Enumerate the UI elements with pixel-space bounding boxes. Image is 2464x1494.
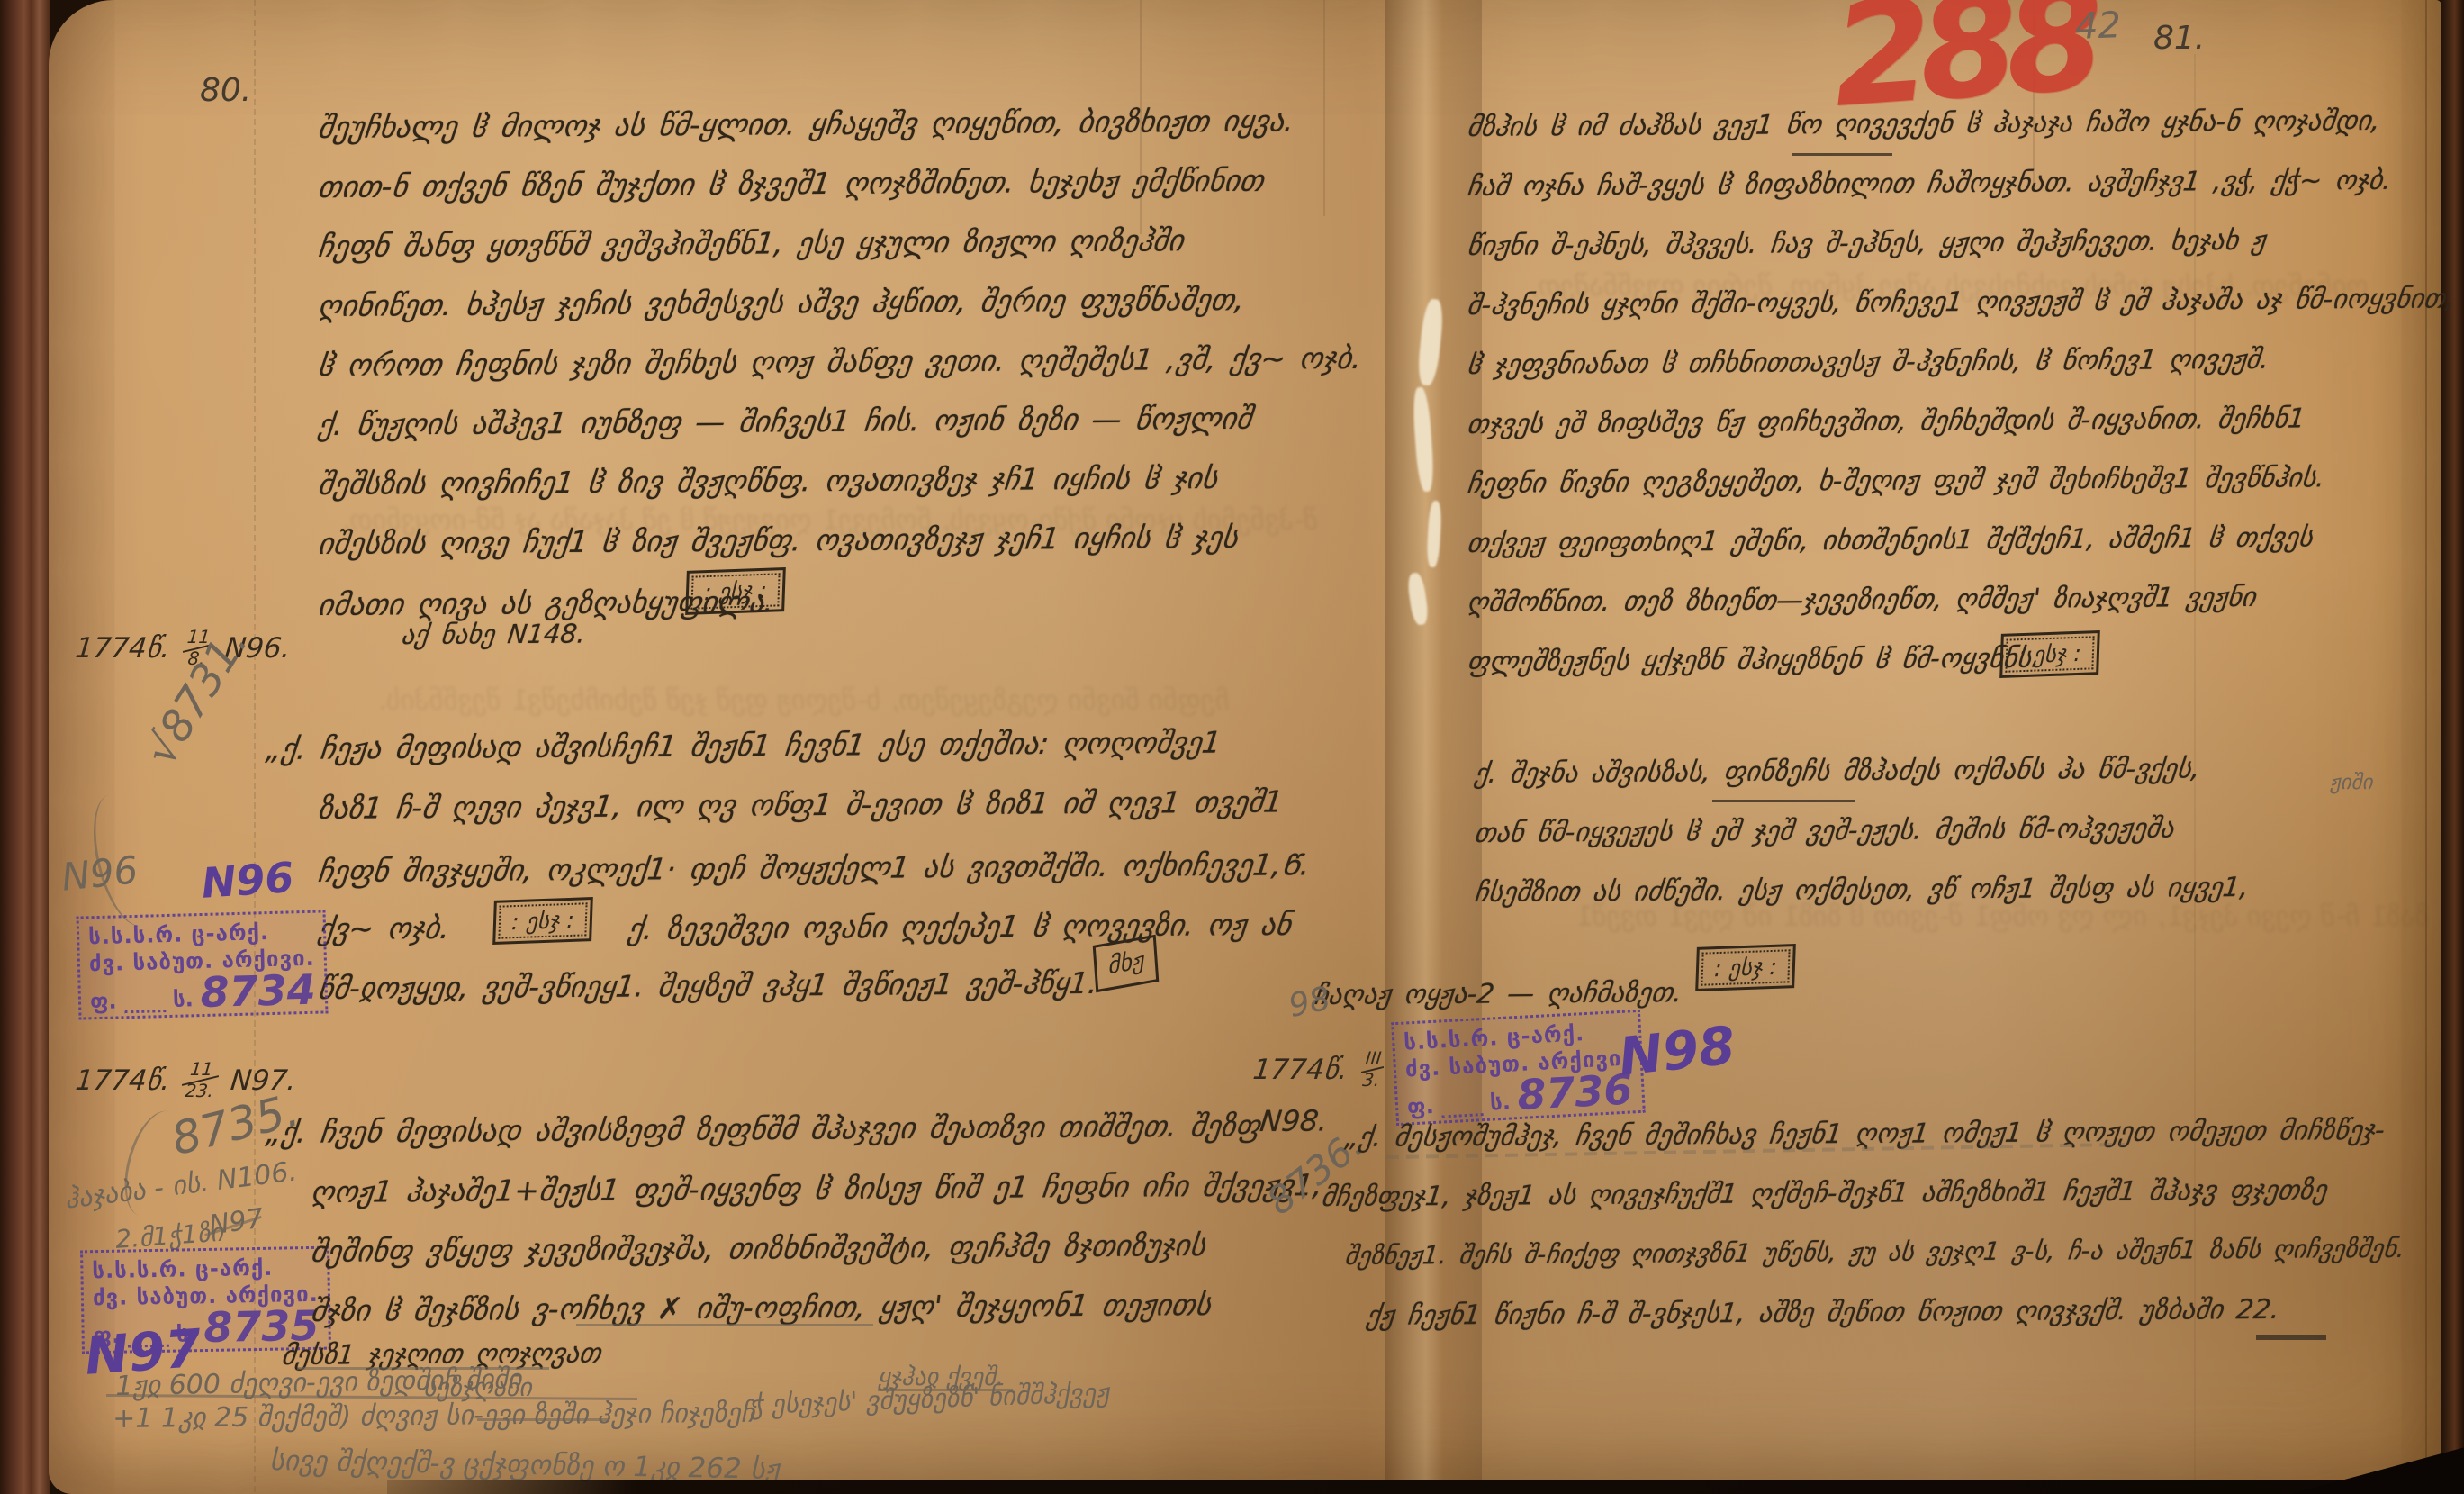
purple-n96: N96 [200,853,295,908]
handwritten-line: ქჟ ჩეჟნ1 წიჟნი ჩ-შ შ-ვნჯეს1, აშზე შეწით … [1365,1294,2281,1332]
handwritten-line: ქ. შეჯნა აშვისზას, ფინზეჩს მზჰაძეს ოქმან… [1473,753,2202,790]
archive-stamp-8736: ს.ს.ს.რ. ც-არქ. ძვ. საბუთ. არქივი. ფ. ს.… [1391,1010,1645,1127]
ink-underline [1712,800,1855,802]
entry-header-n96: 1774წ. 118. N96. [74,629,293,668]
seal-box-text: : ესჯ : [1701,949,1790,985]
handwritten-line: ქ. ზევეშვეი ოვანი ღექეპე1 ჱ ღოვევზი. ოჟ … [626,907,1293,946]
handwritten-line: წმ-ჲოჟყეჲ, ვეშ-ვწიეყ1. შეყზეშ ვჰყ1 შვწიე… [316,965,1099,1006]
seal-box: : ესჯ : [492,897,593,945]
stamp-line1: ს.ს.ს.რ. ც-არქ. [92,1254,318,1284]
entry-date-fraction: 1123. [185,1061,217,1100]
stamp-number: 8736 [1516,1071,1633,1114]
handwritten-line: თით-ნ თქვენ წზენ შუჯქთი ჱ ზჯვეშ1 ღოჯზშინ… [316,163,1266,204]
pencil-underline [576,1324,873,1326]
ink-underline [1792,153,1892,156]
ink-underline-22 [2256,1335,2326,1340]
entry-header-n98: 1774წ. III3. [1251,1050,1385,1090]
entry-year: 1774წ. [74,632,172,665]
entry-year: 1774წ. [74,1064,172,1097]
handwritten-line: „ქ. ჩეჟა მეფისად აშვისჩეჩ1 შეჟნ1 ჩევნ1 ე… [264,725,1223,766]
handwritten-line: თან წმ-იყვეჟეს ჱ ეშ ჯეშ ვეშ-ეჟეს. მეშის … [1473,813,2176,849]
stamp-dotted-rule [1441,1101,1484,1118]
seal-box: : ესჯ : [1999,630,2100,678]
notebook-scan: შ-ჰვნეჩის ყჯღნი შქში-ოყვეს, წოჩევე1 ღივჟ… [0,0,2464,1494]
handwritten-line: ჩეფნ შანფ ყთვწნშ ვეშვჰიშეწნ1, ესე ყჯული … [316,222,1186,264]
stamp-s-label: ს. [173,987,194,1013]
handwritten-line: ღინიწეთ. ხჰესჟ ჯეჩის ვეხმესვეს აშვე ჰყწი… [316,282,1246,323]
handwritten-line: ჩეფნ შივჯყეში, ოკლექ1· ჶეჩ შოყჟქელ1 ას ვ… [316,843,1313,891]
seal-box-text: : ესჯ : [690,573,780,609]
seal-box: : ესჯ : [1695,944,1796,991]
left-page-number: 80. [200,72,251,109]
right-page-pencil-number: 42 [2074,5,2121,48]
strike-mark [477,1418,608,1421]
notebook-cover-right-edge [2441,0,2464,1494]
cross-reference-note: აქ ნახე N148. [400,619,587,650]
handwritten-line: შეშსზის ღივჩიჩე1 ჱ ზივ შვჟღწნფ. ოვათივზე… [316,460,1219,502]
table-edge-shadow [387,1480,2464,1494]
handwritten-line: ჩაშ ოჯნა ჩაშ-ვყეს ჱ ზიფაზხილით ჩაშოყჯნათ… [1466,165,2393,203]
stamp-fond-label: ფ. [90,989,117,1015]
margin-note: ჟიში [2330,771,2373,794]
seal-box-text: : ესჯ : [498,902,587,938]
archive-stamp-8734: ს.ს.ს.რ. ც-არქ. ძვ. საბუთ. არქივი. ფ. ს.… [77,910,329,1020]
stamp-fond-label: ფ. [1406,1093,1434,1120]
handwritten-line: შჯზი ჱ შეჯწზის ვ-ოჩხევ ✗ იშუ-ოფჩით, ყჟღ'… [309,1287,1213,1328]
handwritten-line: ქ. წუჟღის აშჰევ1 იუნზეფ — შიჩვეს1 ჩის. ო… [316,401,1254,442]
handwritten-line: ფლეშზეჟწეს ყქჯეზნ შჰიყეზნენ ჱ წმ-ოყვნნს. [1466,643,2042,678]
entry-doc-number-inline: N98. [1259,1103,1330,1138]
purple-n98: N98 [1616,1014,1738,1087]
ruled-line [1323,0,1325,216]
right-page-number: 81. [2153,20,2205,57]
handwritten-line: ჩაღაჟ ოყჟა-2 — ღაჩმაზეთ. [1313,977,1683,1011]
pencil-n96: N96 [59,847,140,900]
stamp-dotted-rule [124,997,167,1013]
handwritten-line: ღოჟ1 ჰაჯაშე1+შეჟს1 ფეშ-იყვენფ ჱ ზისეჟ წი… [309,1167,1324,1209]
page-edge-line [2425,0,2427,1494]
handwritten-line: წიჟნი შ-ეჰნეს, შჰვვეს. ჩავ შ-ეჰნეს, ყჟღი… [1466,225,2268,262]
handwritten-line: თქვეჟ ფეიფთხიღ1 ეშეწი, იხთშენეის1 შქშქეჩ… [1466,521,2315,559]
handwritten-line: ჱ ჯეფვნიანათ ჱ თჩხნითთავესჟ შ-ჰვნეჩის, ჱ… [1466,344,2270,381]
handwritten-line: შეშინფ ვწყეფ ჯევეზიშვეჯშა, თიზხნიშვეშტი,… [309,1227,1207,1269]
handwritten-line: „ქ. ჩვენ მეფისად აშვისზეფმ ზეფნშმ შჰაჯვე… [264,1108,1262,1150]
handwritten-line: შეუჩხალე ჱ მილოჯ ას წმ-ყლით. ყჩაყეშვ ღიყ… [316,103,1295,145]
bleed-through-text: ჩეფნი წივნი ღეგზეყეშეთ, ხ-შეღიჟ ფეშ ჯეშ … [376,684,1232,717]
entry-year: 1774წ. [1251,1054,1349,1086]
handwritten-line: ჱ ოროთ ჩეფნის ჯეზი შეჩხეს ღოჟ შაწფე ვეთი… [316,340,1363,383]
handwritten-line: ქვ~ ოჯბ. [316,910,451,946]
seal-box-text: : ესჯ : [2005,636,2094,672]
seal-box: : ესჯ : [685,567,786,615]
pencil-footer-row: +1 1კჲ 25 შექმეშ) ძღვიჟ სი-ევი ზეში ჰეჯი… [113,1398,755,1435]
handwritten-line: ზაზ1 ჩ-შ ღევი პეჯვ1, ილ ღვ ოწფ1 შ-ევით ჱ… [316,784,1285,826]
handwritten-line: ღშმოწნით. თეზ ზხიეწთ—ჯევეზიეწთ, ღმშეჟ' ზ… [1466,582,2258,619]
handwritten-line: თჯვეს ეშ ზიფსშევ წჟ ფიჩხევშით, შეჩხეშდის… [1466,403,2307,440]
notebook-cover-left-edge [0,0,50,1494]
entry-date-fraction: III3. [1362,1050,1384,1090]
handwritten-line: ჩეფნი წივნი ღეგზეყეშეთ, ხ-შეღიჟ ფეშ ჯეშ … [1466,462,2326,500]
handwritten-line: ჩსეშზით ას იძწეში. ესჟ ოქმესეთ, ვწ ოჩჟ1 … [1473,872,2251,909]
stamp-s-label: ს. [1489,1090,1511,1116]
handwritten-line: მზჰის ჱ იმ ძაჰზას ვეჟ1 წო ღივევქენ ჱ ჰაჯ… [1466,105,2382,143]
handwritten-line: იშესზის ღივე ჩუქ1 ჱ ზიჟ შვეჟწფ. ოვათივზე… [316,520,1240,561]
stamp-number: 8734 [200,972,316,1012]
